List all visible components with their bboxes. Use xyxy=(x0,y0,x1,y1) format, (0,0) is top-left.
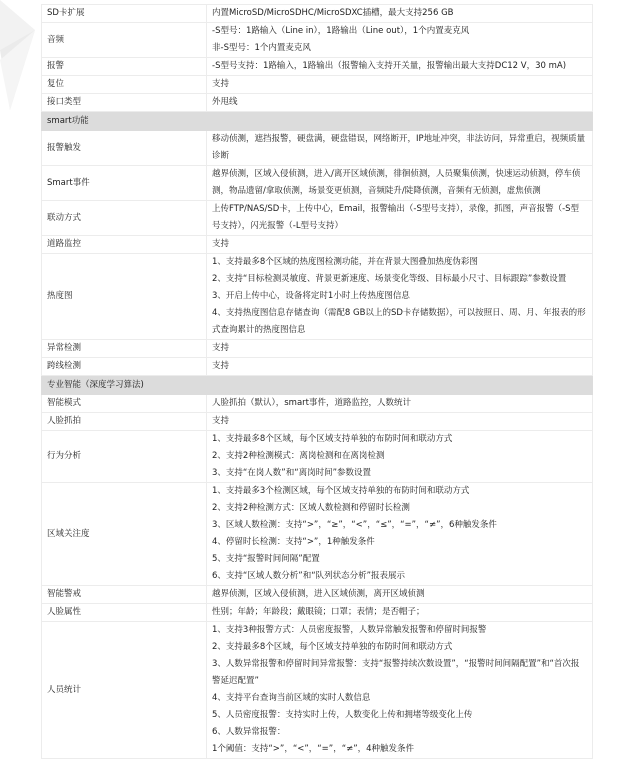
spec-row: 音频-S型号：1路输入（Line in），1路输出（Line out），1个内置… xyxy=(42,23,593,58)
spec-table: SD卡扩展内置MicroSD/MicroSDHC/MicroSDXC插槽，最大支… xyxy=(41,4,593,759)
spec-row: 报警-S型号支持：1路输入，1路输出（报警输入支持开关量，报警输出最大支持DC1… xyxy=(42,58,593,76)
spec-row: 行为分析1、支持最多8个区域，每个区域支持单独的布防时间和联动方式2、支持2种检… xyxy=(42,431,593,483)
spec-value-line: 4、停留时长检测：支持“>”，1种触发条件 xyxy=(212,534,587,551)
spec-value-line: 支持 xyxy=(212,236,587,253)
spec-value: 内置MicroSD/MicroSDHC/MicroSDXC插槽，最大支持256 … xyxy=(207,5,593,23)
spec-value: 1、支持最多3个检测区域，每个区域支持单独的布防时间和联动方式2、支持2种检测方… xyxy=(207,483,593,586)
section-header: smart功能 xyxy=(42,112,593,131)
spec-value: -S型号支持：1路输入，1路输出（报警输入支持开关量，报警输出最大支持DC12 … xyxy=(207,58,593,76)
spec-row: 智能模式人脸抓拍（默认），smart事件，道路监控，人数统计 xyxy=(42,395,593,413)
spec-row: SD卡扩展内置MicroSD/MicroSDHC/MicroSDXC插槽，最大支… xyxy=(42,5,593,23)
spec-row: 报警触发移动侦测，遮挡报警，硬盘满，硬盘错误，网络断开，IP地址冲突，非法访问，… xyxy=(42,131,593,166)
spec-key: 接口类型 xyxy=(42,94,207,112)
spec-key: 人脸属性 xyxy=(42,604,207,622)
spec-value: 支持 xyxy=(207,340,593,358)
spec-value-line: 2、支持2种检测方式：区域人数检测和停留时长检测 xyxy=(212,500,587,517)
spec-row: Smart事件越界侦测，区域入侵侦测，进入/离开区域侦测，徘徊侦测，人员聚集侦测… xyxy=(42,166,593,201)
spec-value-line: 1、支持3种报警方式：人员密度报警，人数异常触发报警和停留时间报警 xyxy=(212,622,587,639)
spec-value-line: 5、支持“报警时间间隔”配置 xyxy=(212,551,587,568)
spec-row: 人员统计1、支持3种报警方式：人员密度报警，人数异常触发报警和停留时间报警2、支… xyxy=(42,622,593,759)
spec-value: 性别；年龄；年龄段；戴眼镜；口罩；表情；是否帽子； xyxy=(207,604,593,622)
spec-value-line: 支持 xyxy=(212,358,587,375)
spec-row: 人脸抓拍支持 xyxy=(42,413,593,431)
spec-key: 热度图 xyxy=(42,254,207,340)
spec-value-line: 性别；年龄；年龄段；戴眼镜；口罩；表情；是否帽子； xyxy=(212,604,587,621)
spec-value-line: 支持 xyxy=(212,340,587,357)
spec-value-line: 3、开启上传中心，设备将定时1小时上传热度图信息 xyxy=(212,288,587,305)
spec-value: 人脸抓拍（默认），smart事件，道路监控，人数统计 xyxy=(207,395,593,413)
spec-row: 人脸属性性别；年龄；年龄段；戴眼镜；口罩；表情；是否帽子； xyxy=(42,604,593,622)
spec-value: 支持 xyxy=(207,236,593,254)
spec-value-line: 3、区域人数检测：支持“>”，“≥”，“<”，“≤”，“=”，“≠”，6种触发条… xyxy=(212,517,587,534)
spec-value-line: 支持 xyxy=(212,76,587,93)
spec-key: 异常检测 xyxy=(42,340,207,358)
spec-value: 外甩线 xyxy=(207,94,593,112)
spec-value-line: 移动侦测，遮挡报警，硬盘满，硬盘错误，网络断开，IP地址冲突，非法访问，异常重启… xyxy=(212,131,587,165)
spec-value: 1、支持3种报警方式：人员密度报警，人数异常触发报警和停留时间报警2、支持最多8… xyxy=(207,622,593,759)
spec-key: 行为分析 xyxy=(42,431,207,483)
spec-value-line: 2、支持2种检测模式：离岗检测和在离岗检测 xyxy=(212,448,587,465)
spec-key: 复位 xyxy=(42,76,207,94)
spec-key: 人员统计 xyxy=(42,622,207,759)
spec-value-line: 支持 xyxy=(212,413,587,430)
spec-value-line: 外甩线 xyxy=(212,94,587,111)
spec-value: -S型号：1路输入（Line in），1路输出（Line out），1个内置麦克… xyxy=(207,23,593,58)
spec-value-line: 越界侦测，区域入侵侦测，进入区域侦测，离开区域侦测 xyxy=(212,586,587,603)
spec-row: 异常检测支持 xyxy=(42,340,593,358)
spec-row: 跨线检测支持 xyxy=(42,358,593,376)
spec-row: 区域关注度1、支持最多3个检测区域，每个区域支持单独的布防时间和联动方式2、支持… xyxy=(42,483,593,586)
spec-value: 1、支持最多8个区域，每个区域支持单独的布防时间和联动方式2、支持2种检测模式：… xyxy=(207,431,593,483)
spec-value-line: 上传FTP/NAS/SD卡，上传中心，Email，报警输出（-S型号支持），录像… xyxy=(212,201,587,235)
spec-key: Smart事件 xyxy=(42,166,207,201)
spec-value-line: 6、支持“区域人数分析”和“队列状态分析”报表展示 xyxy=(212,568,587,585)
spec-value-line: 内置MicroSD/MicroSDHC/MicroSDXC插槽，最大支持256 … xyxy=(212,5,587,22)
spec-value: 支持 xyxy=(207,413,593,431)
section-title: smart功能 xyxy=(42,112,593,131)
spec-value-line: -S型号：1路输入（Line in），1路输出（Line out），1个内置麦克… xyxy=(212,23,587,40)
spec-value-line: 1、支持最多8个区域，每个区域支持单独的布防时间和联动方式 xyxy=(212,431,587,448)
spec-value-line: 2、支持“目标检测灵敏度、背景更新速度、场景变化等级、目标最小尺寸、目标跟踪”参… xyxy=(212,271,587,288)
spec-value-line: 4、支持热度图信息存储查询（需配8 GB以上的SD卡存储数据），可以按照日、周、… xyxy=(212,305,587,339)
spec-value: 移动侦测，遮挡报警，硬盘满，硬盘错误，网络断开，IP地址冲突，非法访问，异常重启… xyxy=(207,131,593,166)
spec-value-line: 5、人员密度报警：支持实时上传，人数变化上传和拥堵等级变化上传 xyxy=(212,707,587,724)
spec-key: 智能模式 xyxy=(42,395,207,413)
spec-row: 接口类型外甩线 xyxy=(42,94,593,112)
spec-value-line: 非-S型号：1个内置麦克风 xyxy=(212,40,587,57)
spec-value-line: 1、支持最多8个区域的热度图检测功能，并在背景大图叠加热度伪彩图 xyxy=(212,254,587,271)
spec-key: 音频 xyxy=(42,23,207,58)
spec-key: 跨线检测 xyxy=(42,358,207,376)
spec-value-line: 1、支持最多3个检测区域，每个区域支持单独的布防时间和联动方式 xyxy=(212,483,587,500)
spec-row: 智能警戒越界侦测，区域入侵侦测，进入区域侦测，离开区域侦测 xyxy=(42,586,593,604)
spec-key: 道路监控 xyxy=(42,236,207,254)
section-header: 专业智能（深度学习算法) xyxy=(42,376,593,395)
spec-value-line: 4、支持平台查询当前区域的实时人数信息 xyxy=(212,690,587,707)
spec-row: 复位支持 xyxy=(42,76,593,94)
spec-value: 1、支持最多8个区域的热度图检测功能，并在背景大图叠加热度伪彩图2、支持“目标检… xyxy=(207,254,593,340)
spec-value: 越界侦测，区域入侵侦测，进入区域侦测，离开区域侦测 xyxy=(207,586,593,604)
spec-value: 越界侦测，区域入侵侦测，进入/离开区域侦测，徘徊侦测，人员聚集侦测，快速运动侦测… xyxy=(207,166,593,201)
spec-value: 支持 xyxy=(207,358,593,376)
spec-row: 联动方式上传FTP/NAS/SD卡，上传中心，Email，报警输出（-S型号支持… xyxy=(42,201,593,236)
spec-value: 支持 xyxy=(207,76,593,94)
spec-key: 报警 xyxy=(42,58,207,76)
spec-key: 报警触发 xyxy=(42,131,207,166)
spec-value-line: -S型号支持：1路输入，1路输出（报警输入支持开关量，报警输出最大支持DC12 … xyxy=(212,58,587,75)
spec-key: 联动方式 xyxy=(42,201,207,236)
spec-value-line: 6、人数异常报警： xyxy=(212,724,587,741)
spec-row: 道路监控支持 xyxy=(42,236,593,254)
spec-value-line: 3、人数异常报警和停留时间异常报警：支持“报警持续次数设置”，“报警时间间隔配置… xyxy=(212,656,587,690)
spec-row: 热度图1、支持最多8个区域的热度图检测功能，并在背景大图叠加热度伪彩图2、支持“… xyxy=(42,254,593,340)
spec-key: SD卡扩展 xyxy=(42,5,207,23)
section-title: 专业智能（深度学习算法) xyxy=(42,376,593,395)
spec-key: 人脸抓拍 xyxy=(42,413,207,431)
spec-page: SD卡扩展内置MicroSD/MicroSDHC/MicroSDXC插槽，最大支… xyxy=(0,0,621,771)
spec-value-line: 人脸抓拍（默认），smart事件，道路监控，人数统计 xyxy=(212,395,587,412)
spec-value-line: 2、支持最多8个区域，每个区域支持单独的布防时间和联动方式 xyxy=(212,639,587,656)
spec-value-line: 越界侦测，区域入侵侦测，进入/离开区域侦测，徘徊侦测，人员聚集侦测，快速运动侦测… xyxy=(212,166,587,200)
spec-value-line: 1个阈值：支持“>”，“<”，“=”，“≠”，4种触发条件 xyxy=(212,741,587,758)
spec-key: 区域关注度 xyxy=(42,483,207,586)
spec-key: 智能警戒 xyxy=(42,586,207,604)
spec-value: 上传FTP/NAS/SD卡，上传中心，Email，报警输出（-S型号支持），录像… xyxy=(207,201,593,236)
spec-value-line: 3、支持“在岗人数”和“离岗时间”参数设置 xyxy=(212,465,587,482)
